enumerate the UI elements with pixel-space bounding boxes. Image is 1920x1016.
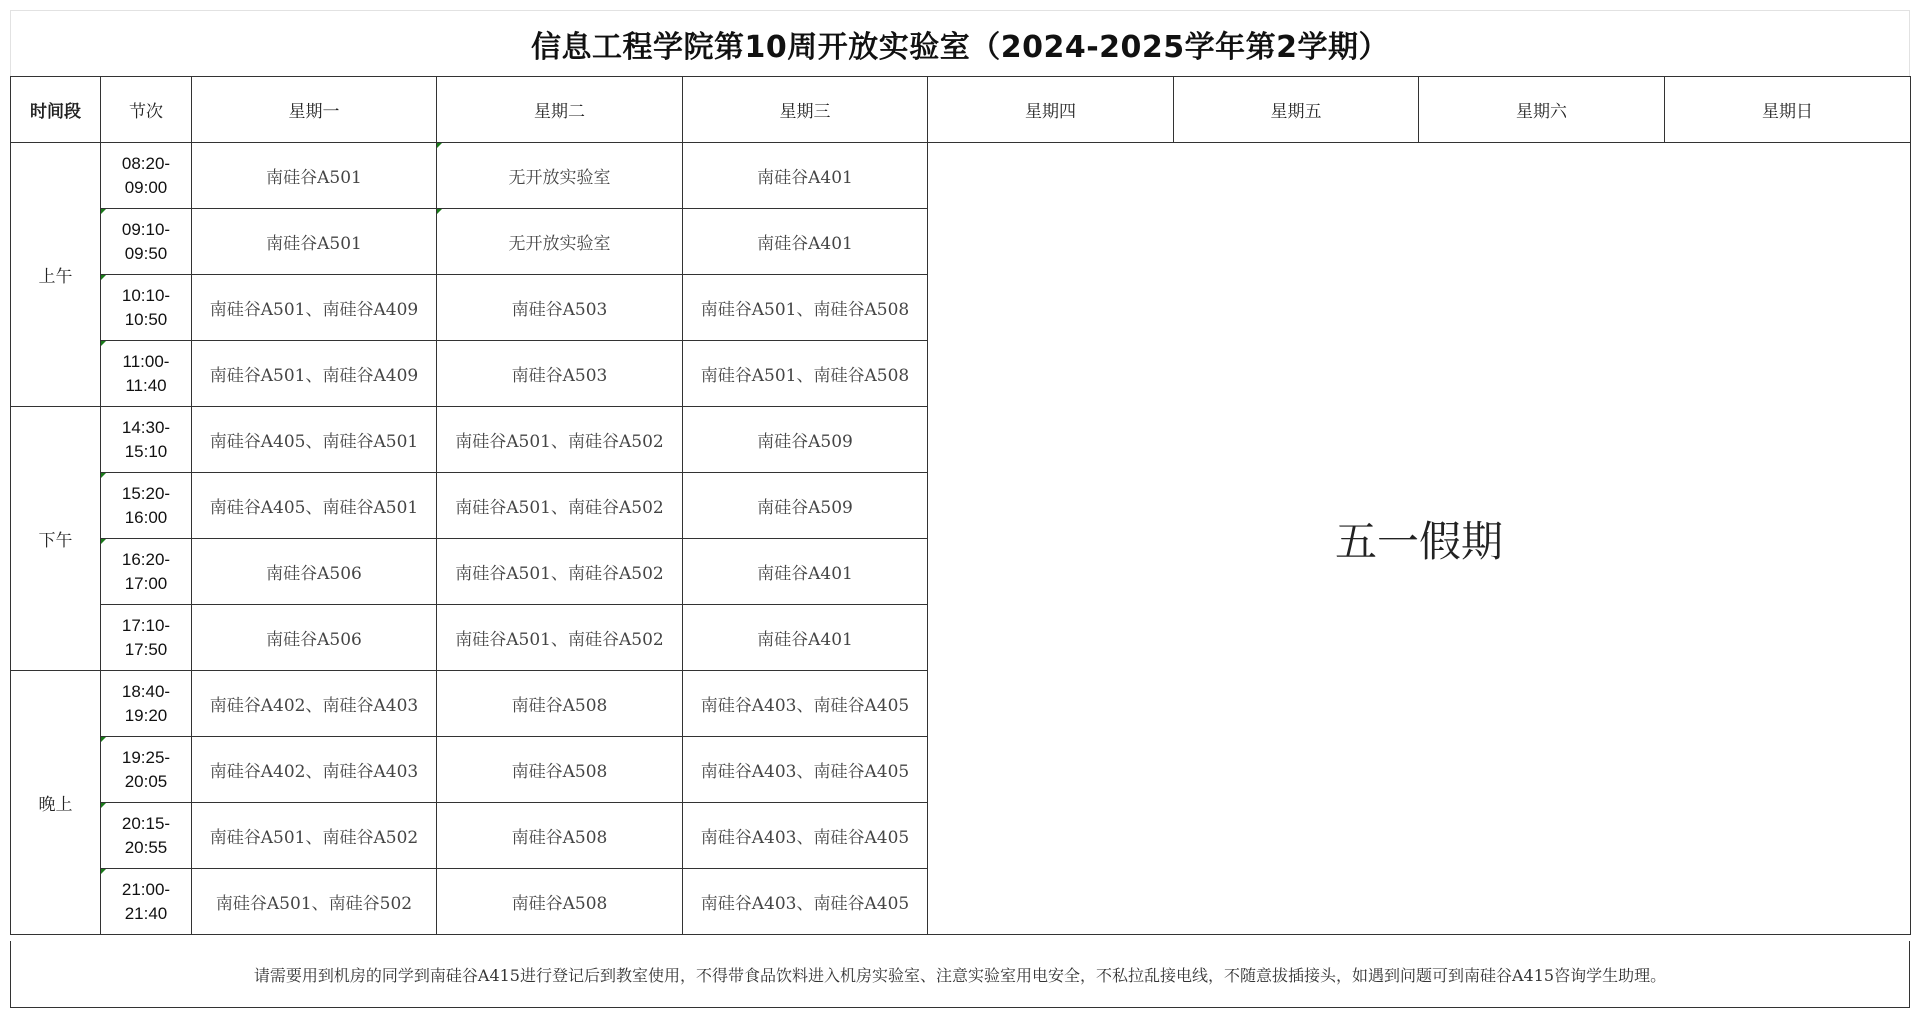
header-thursday: 星期四 [928,77,1174,143]
slot-start: 11:00- [101,350,191,374]
room-cell-tue: 南硅谷A501、南硅谷A502 [437,473,683,539]
slot-start: 17:10- [101,614,191,638]
room-cell-tue: 南硅谷A508 [437,869,683,935]
room-cell-mon: 南硅谷A506 [192,605,437,671]
footer-text: 请需要用到机房的同学到南硅谷A415进行登记后到教室使用，不得带食品饮料进入机房… [254,963,1666,986]
room-cell-wed: 南硅谷A403、南硅谷A405 [683,737,928,803]
comment-marker-icon [437,143,442,148]
schedule-sheet: 信息工程学院第10周开放实验室（2024-2025学年第2学期） 时间段 节次 … [10,10,1910,1006]
comment-marker-icon [101,803,106,808]
room-cell-wed: 南硅谷A403、南硅谷A405 [683,869,928,935]
room-cell-mon: 南硅谷A501、南硅谷A409 [192,341,437,407]
header-sunday: 星期日 [1665,77,1911,143]
table-row: 上午 08:20-09:00 南硅谷A501 无开放实验室 南硅谷A401 五一… [11,143,1911,209]
slot-start: 16:20- [101,548,191,572]
slot-end: 21:40 [101,902,191,926]
room-cell-tue: 南硅谷A508 [437,671,683,737]
slot-end: 20:55 [101,836,191,860]
room-cell-tue: 南硅谷A503 [437,275,683,341]
slot-cell: 14:30-15:10 [101,407,192,473]
room-cell-wed: 南硅谷A401 [683,209,928,275]
slot-start: 21:00- [101,878,191,902]
room-cell-mon: 南硅谷A501、南硅谷502 [192,869,437,935]
slot-cell: 15:20-16:00 [101,473,192,539]
room-cell-mon: 南硅谷A501 [192,143,437,209]
slot-cell: 11:00-11:40 [101,341,192,407]
room-cell-tue: 无开放实验室 [437,143,683,209]
slot-start: 18:40- [101,680,191,704]
room-cell-mon: 南硅谷A501 [192,209,437,275]
slot-cell: 10:10-10:50 [101,275,192,341]
room-cell-mon: 南硅谷A506 [192,539,437,605]
room-cell-tue: 无开放实验室 [437,209,683,275]
slot-end: 10:50 [101,308,191,332]
room-cell-wed: 南硅谷A509 [683,473,928,539]
slot-start: 20:15- [101,812,191,836]
header-wednesday: 星期三 [683,77,928,143]
slot-end: 09:00 [101,176,191,200]
slot-end: 15:10 [101,440,191,464]
slot-end: 09:50 [101,242,191,266]
header-period: 时间段 [11,77,101,143]
comment-marker-icon [101,869,106,874]
comment-marker-icon [101,539,106,544]
room-cell-tue: 南硅谷A503 [437,341,683,407]
room-cell-tue: 南硅谷A508 [437,737,683,803]
slot-start: 08:20- [101,152,191,176]
slot-cell: 17:10-17:50 [101,605,192,671]
title-row: 信息工程学院第10周开放实验室（2024-2025学年第2学期） [10,10,1910,76]
header-row: 时间段 节次 星期一 星期二 星期三 星期四 星期五 星期六 星期日 [11,77,1911,143]
header-tuesday: 星期二 [437,77,683,143]
comment-marker-icon [101,275,106,280]
header-slot: 节次 [101,77,192,143]
room-cell-wed: 南硅谷A501、南硅谷A508 [683,275,928,341]
header-monday: 星期一 [192,77,437,143]
slot-start: 10:10- [101,284,191,308]
comment-marker-icon [101,737,106,742]
slot-end: 17:50 [101,638,191,662]
comment-marker-icon [101,209,106,214]
slot-cell: 08:20-09:00 [101,143,192,209]
comment-marker-icon [437,209,442,214]
slot-start: 09:10- [101,218,191,242]
room-cell-mon: 南硅谷A405、南硅谷A501 [192,407,437,473]
slot-cell: 16:20-17:00 [101,539,192,605]
room-cell-tue: 南硅谷A501、南硅谷A502 [437,605,683,671]
room-text: 无开放实验室 [509,168,611,188]
slot-cell: 21:00-21:40 [101,869,192,935]
comment-marker-icon [101,473,106,478]
room-cell-wed: 南硅谷A401 [683,539,928,605]
room-cell-wed: 南硅谷A509 [683,407,928,473]
room-cell-wed: 南硅谷A401 [683,605,928,671]
slot-cell: 19:25-20:05 [101,737,192,803]
room-cell-mon: 南硅谷A402、南硅谷A403 [192,737,437,803]
header-saturday: 星期六 [1419,77,1665,143]
page-title: 信息工程学院第10周开放实验室（2024-2025学年第2学期） [531,22,1389,66]
room-cell-wed: 南硅谷A403、南硅谷A405 [683,671,928,737]
room-cell-mon: 南硅谷A501、南硅谷A502 [192,803,437,869]
slot-end: 17:00 [101,572,191,596]
room-cell-tue: 南硅谷A508 [437,803,683,869]
schedule-table: 时间段 节次 星期一 星期二 星期三 星期四 星期五 星期六 星期日 上午 08… [10,76,1911,935]
slot-start: 15:20- [101,482,191,506]
period-morning: 上午 [11,143,101,407]
slot-cell: 18:40-19:20 [101,671,192,737]
room-cell-tue: 南硅谷A501、南硅谷A502 [437,539,683,605]
room-cell-mon: 南硅谷A402、南硅谷A403 [192,671,437,737]
room-cell-wed: 南硅谷A501、南硅谷A508 [683,341,928,407]
room-cell-tue: 南硅谷A501、南硅谷A502 [437,407,683,473]
period-afternoon: 下午 [11,407,101,671]
slot-start: 14:30- [101,416,191,440]
room-cell-wed: 南硅谷A401 [683,143,928,209]
room-cell-mon: 南硅谷A501、南硅谷A409 [192,275,437,341]
slot-end: 11:40 [101,374,191,398]
room-cell-mon: 南硅谷A405、南硅谷A501 [192,473,437,539]
slot-end: 19:20 [101,704,191,728]
holiday-cell: 五一假期 [928,143,1911,935]
comment-marker-icon [101,341,106,346]
room-text: 无开放实验室 [509,234,611,254]
room-cell-wed: 南硅谷A403、南硅谷A405 [683,803,928,869]
slot-end: 20:05 [101,770,191,794]
slot-cell: 09:10-09:50 [101,209,192,275]
slot-end: 16:00 [101,506,191,530]
period-evening: 晚上 [11,671,101,935]
slot-cell: 20:15-20:55 [101,803,192,869]
footer-notice: 请需要用到机房的同学到南硅谷A415进行登记后到教室使用，不得带食品饮料进入机房… [10,941,1910,1008]
slot-start: 19:25- [101,746,191,770]
header-friday: 星期五 [1174,77,1419,143]
